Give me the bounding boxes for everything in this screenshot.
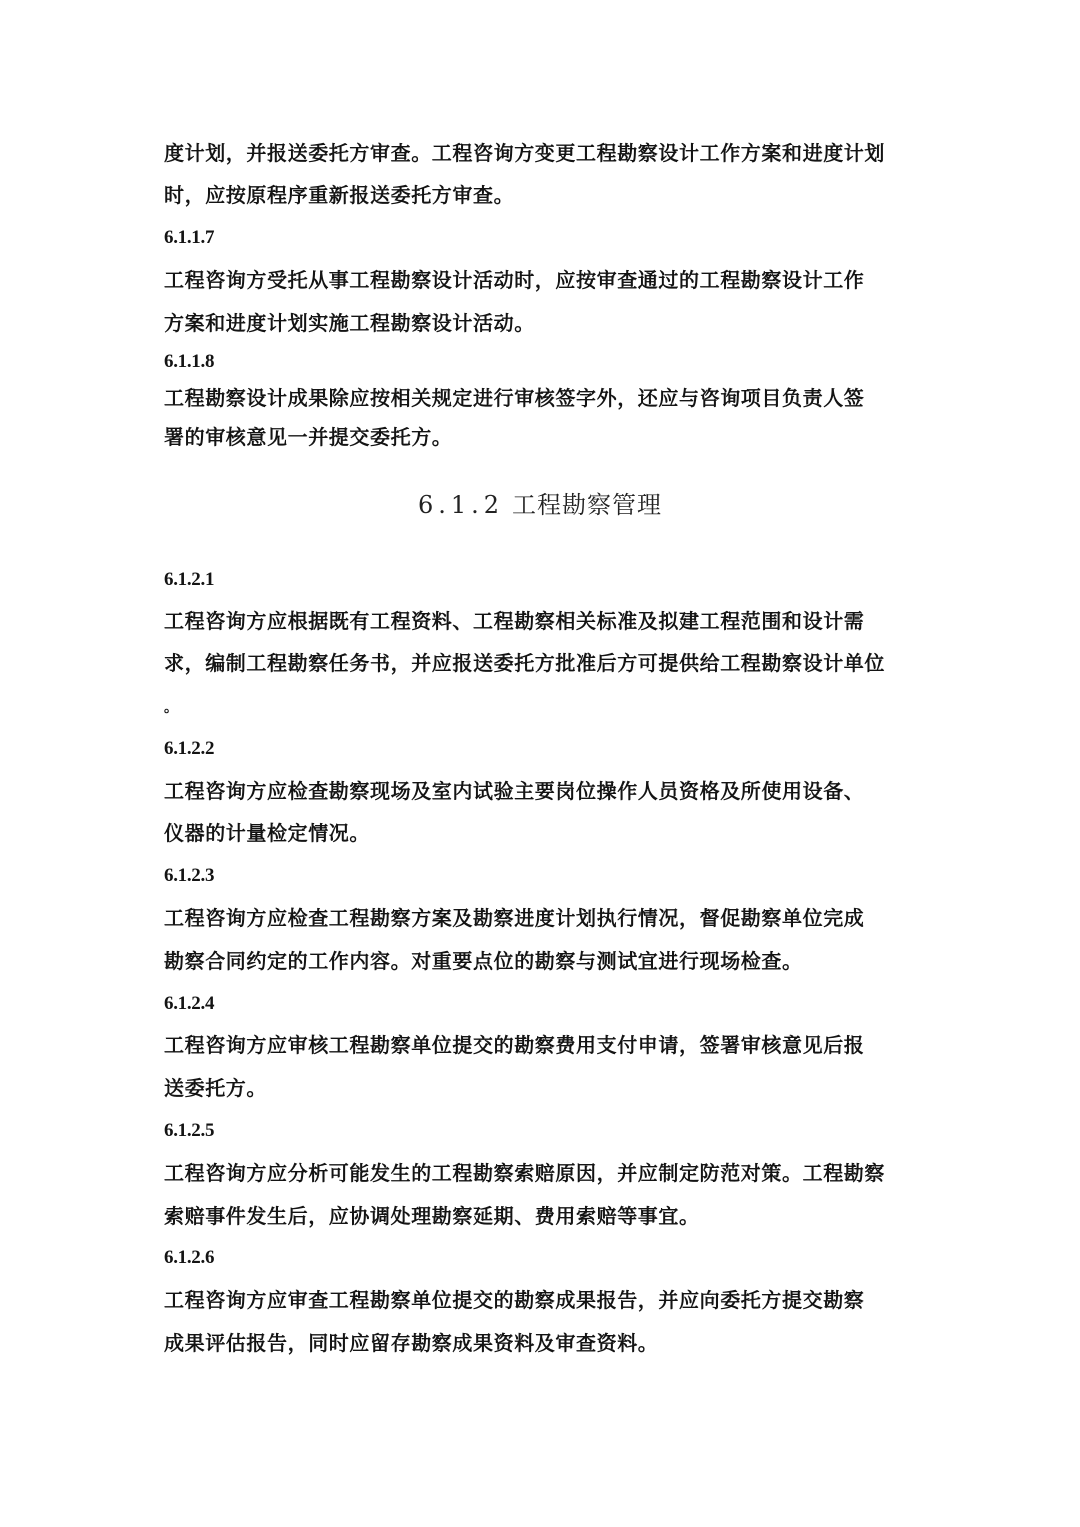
paragraph-line: 工程咨询方应检查勘察现场及室内试验主要岗位操作人员资格及所使用设备、 xyxy=(164,778,864,804)
paragraph-line: 度计划，并报送委托方审查。工程咨询方变更工程勘察设计工作方案和进度计划 xyxy=(164,140,885,166)
paragraph-line: 勘察合同约定的工作内容。对重要点位的勘察与测试宜进行现场检查。 xyxy=(164,948,803,974)
paragraph-line: 时，应按原程序重新报送委托方审查。 xyxy=(164,182,514,208)
section-heading: 6.1.2工程勘察管理 xyxy=(0,490,1080,520)
clause-number: 6.1.2.6 xyxy=(164,1246,214,1270)
clause-number: 6.1.1.7 xyxy=(164,226,214,250)
paragraph-line: 成果评估报告，同时应留存勘察成果资料及审查资料。 xyxy=(164,1330,658,1356)
clause-number: 6.1.1.8 xyxy=(164,350,214,374)
paragraph-line: 工程咨询方应根据既有工程资料、工程勘察相关标准及拟建工程范围和设计需 xyxy=(164,608,864,634)
document-page: 度计划，并报送委托方审查。工程咨询方变更工程勘察设计工作方案和进度计划 时，应按… xyxy=(0,0,1080,1527)
clause-number: 6.1.2.4 xyxy=(164,992,214,1016)
paragraph-line: 署的审核意见一并提交委托方。 xyxy=(164,424,452,450)
paragraph-line: 。 xyxy=(164,695,179,721)
clause-number: 6.1.2.1 xyxy=(164,568,214,592)
paragraph-line: 工程咨询方应审查工程勘察单位提交的勘察成果报告，并应向委托方提交勘察 xyxy=(164,1287,864,1313)
paragraph-line: 工程勘察设计成果除应按相关规定进行审核签字外，还应与咨询项目负责人签 xyxy=(164,385,864,411)
clause-number: 6.1.2.3 xyxy=(164,864,214,888)
paragraph-line: 求，编制工程勘察任务书，并应报送委托方批准后方可提供给工程勘察设计单位 xyxy=(164,650,885,676)
paragraph-line: 送委托方。 xyxy=(164,1075,267,1101)
clause-number: 6.1.2.2 xyxy=(164,737,214,761)
paragraph-line: 方案和进度计划实施工程勘察设计活动。 xyxy=(164,310,535,336)
clause-number: 6.1.2.5 xyxy=(164,1119,214,1143)
paragraph-line: 索赔事件发生后，应协调处理勘察延期、费用索赔等事宜。 xyxy=(164,1203,700,1229)
paragraph-line: 工程咨询方应审核工程勘察单位提交的勘察费用支付申请，签署审核意见后报 xyxy=(164,1032,864,1058)
paragraph-line: 工程咨询方应检查工程勘察方案及勘察进度计划执行情况，督促勘察单位完成 xyxy=(164,905,864,931)
paragraph-line: 工程咨询方应分析可能发生的工程勘察索赔原因，并应制定防范对策。工程勘察 xyxy=(164,1160,885,1186)
section-title-text: 工程勘察管理 xyxy=(512,491,662,519)
paragraph-line: 工程咨询方受托从事工程勘察设计活动时，应按审查通过的工程勘察设计工作 xyxy=(164,267,864,293)
paragraph-line: 仪器的计量检定情况。 xyxy=(164,820,370,846)
section-number: 6.1.2 xyxy=(418,491,504,519)
